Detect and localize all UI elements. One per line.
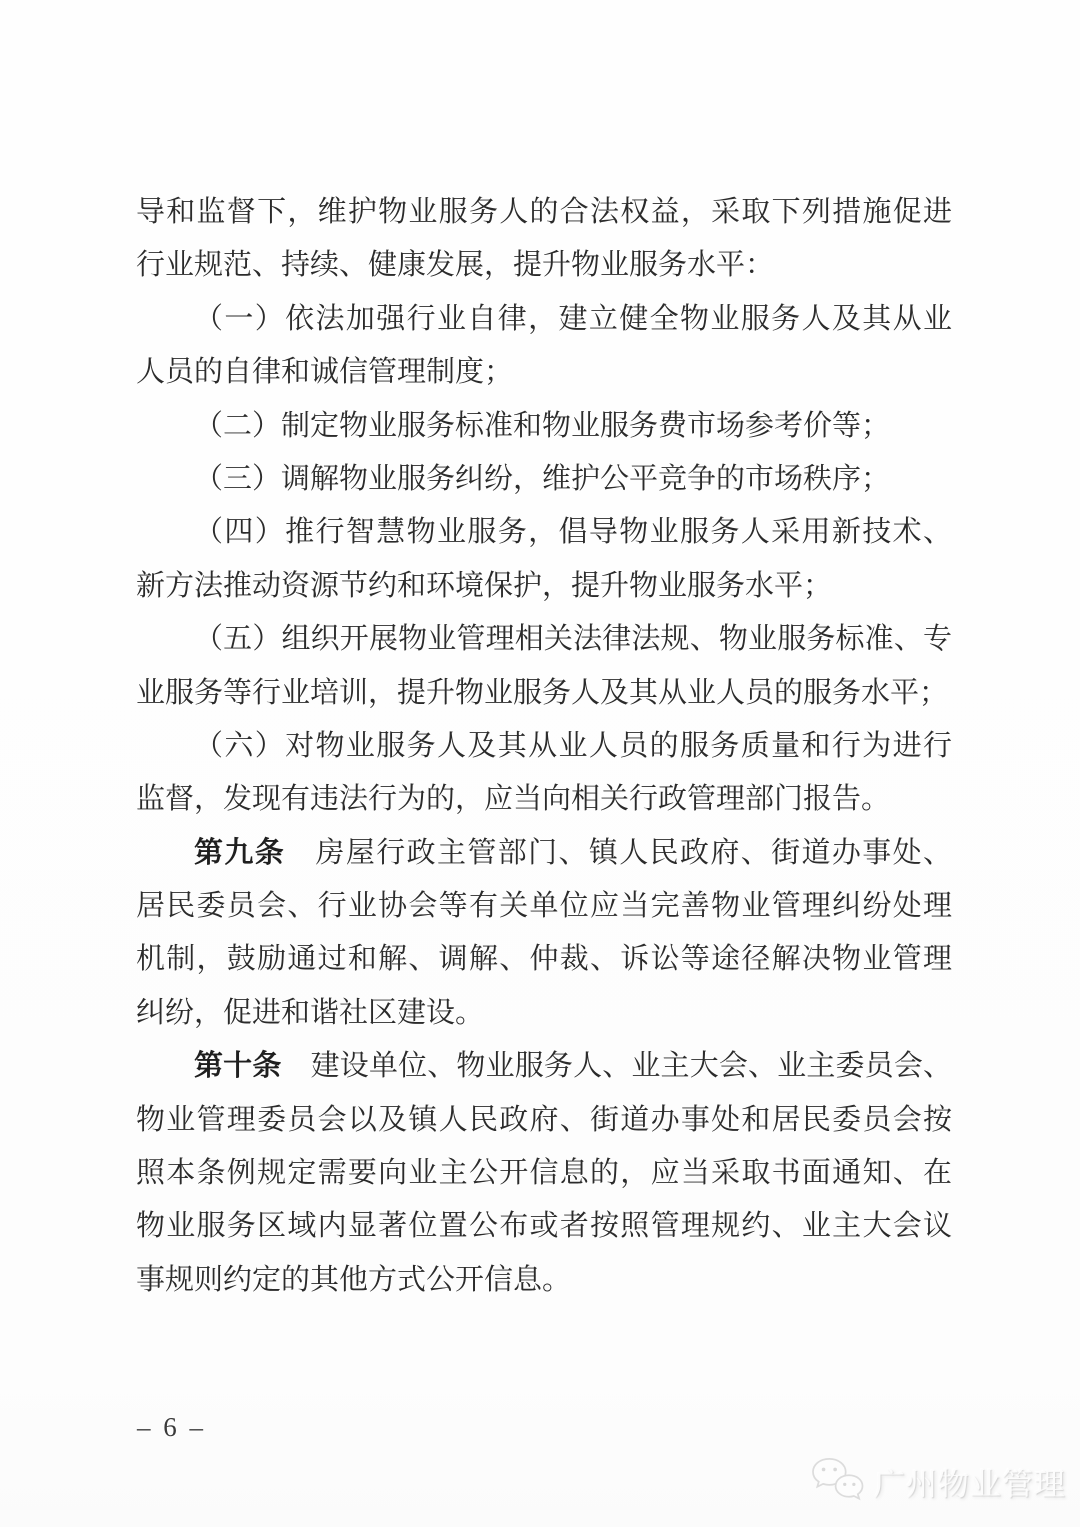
text-line: 物业服务区域内显著位置公布或者按照管理规约、业主大会议 <box>136 1200 952 1253</box>
text-line: 行业规范、持续、健康发展，提升物业服务水平： <box>136 239 952 292</box>
text-line: 物业管理委员会以及镇人民政府、街道办事处和居民委员会按 <box>136 1094 952 1147</box>
text-line: 第九条 房屋行政主管部门、镇人民政府、街道办事处、 <box>136 827 952 880</box>
text-line: 新方法推动资源节约和环境保护，提升物业服务水平； <box>136 560 952 613</box>
text-line: 事规则约定的其他方式公开信息。 <box>136 1254 952 1307</box>
page-number: – 6 – <box>137 1410 206 1444</box>
watermark-text: 广州物业管理 <box>874 1459 1066 1504</box>
text-line: 人员的自律和诚信管理制度； <box>136 346 952 399</box>
text-line: 机制，鼓励通过和解、调解、仲裁、诉讼等途径解决物业管理 <box>136 933 952 986</box>
article-number: 第十条 <box>194 1050 281 1082</box>
text-line: （一）依法加强行业自律，建立健全物业服务人及其从业 <box>136 293 952 346</box>
text-line: （五）组织开展物业管理相关法律法规、物业服务标准、专 <box>136 613 952 666</box>
text-line: （四）推行智慧物业服务，倡导物业服务人采用新技术、 <box>136 506 952 559</box>
text-line: （六）对物业服务人及其从业人员的服务质量和行为进行 <box>136 720 952 773</box>
document-page: 导和监督下，维护物业服务人的合法权益，采取下列措施促进行业规范、持续、健康发展，… <box>0 0 1080 1527</box>
text-line: 业服务等行业培训，提升物业服务人及其从业人员的服务水平； <box>136 667 952 720</box>
text-line: 监督，发现有违法行为的，应当向相关行政管理部门报告。 <box>136 773 952 826</box>
article-number: 第九条 <box>194 837 285 869</box>
watermark: 广州物业管理 <box>809 1456 1066 1506</box>
wechat-icon <box>809 1456 867 1506</box>
document-body: 导和监督下，维护物业服务人的合法权益，采取下列措施促进行业规范、持续、健康发展，… <box>136 186 952 1307</box>
text-line: 第十条 建设单位、物业服务人、业主大会、业主委员会、 <box>136 1040 952 1093</box>
text-line: 纠纷，促进和谐社区建设。 <box>136 987 952 1040</box>
text-line: 导和监督下，维护物业服务人的合法权益，采取下列措施促进 <box>136 186 952 239</box>
text-line: 照本条例规定需要向业主公开信息的，应当采取书面通知、在 <box>136 1147 952 1200</box>
text-line: 居民委员会、行业协会等有关单位应当完善物业管理纠纷处理 <box>136 880 952 933</box>
text-line: （三）调解物业服务纠纷，维护公平竞争的市场秩序； <box>136 453 952 506</box>
text-line: （二）制定物业服务标准和物业服务费市场参考价等； <box>136 400 952 453</box>
